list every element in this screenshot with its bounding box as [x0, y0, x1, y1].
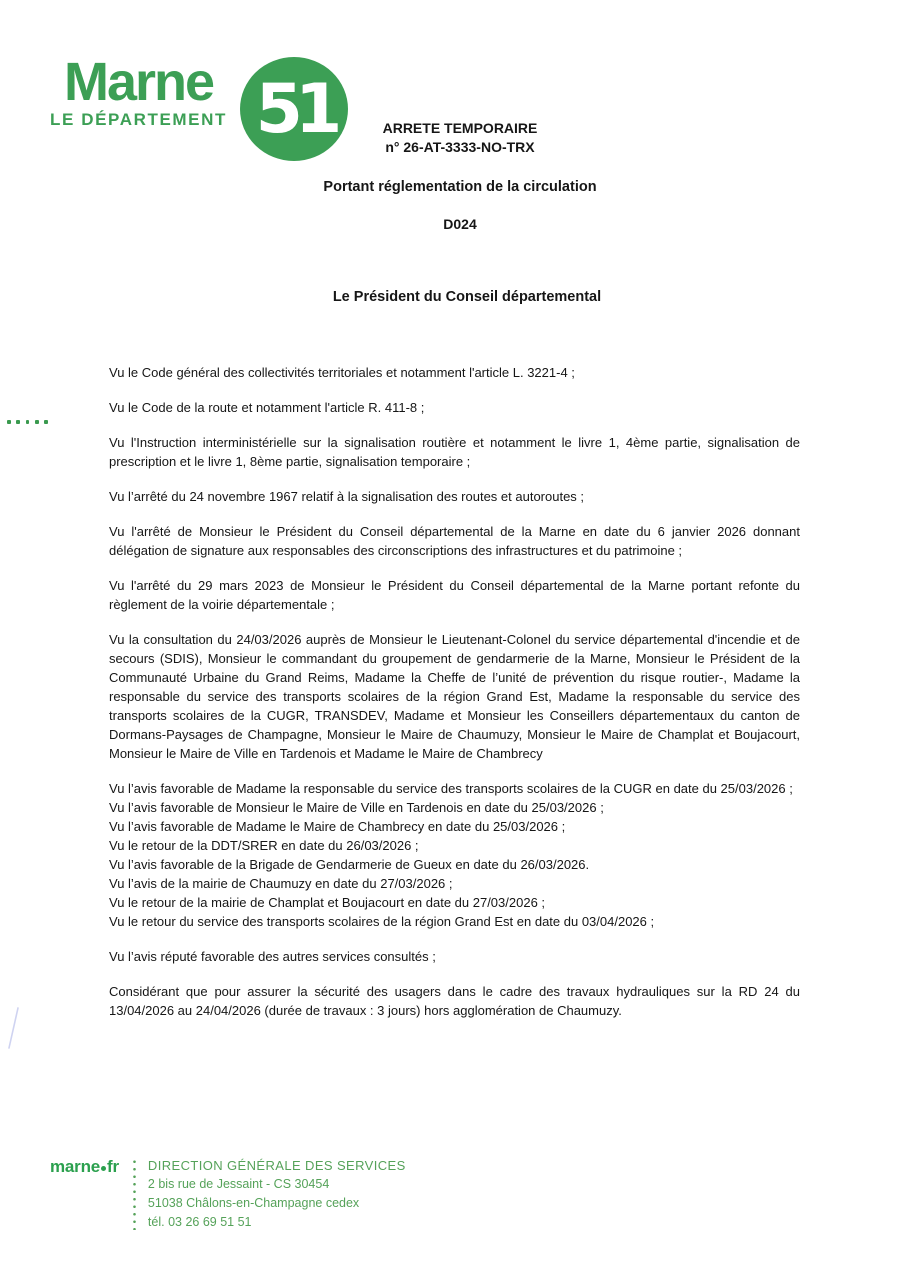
footer-address-line: tél. 03 26 69 51 51: [148, 1213, 406, 1232]
road-reference: D024: [20, 216, 900, 232]
footer-address-block: DIRECTION GÉNÉRALE DES SERVICES2 bis rue…: [148, 1156, 406, 1232]
body-paragraph: Vu l’avis favorable de Madame la respons…: [109, 779, 800, 798]
pen-mark-artifact: [4, 1004, 28, 1054]
issuing-authority: Le Président du Conseil départemental: [34, 289, 900, 305]
body-paragraph: Vu l’avis favorable de Madame le Maire d…: [109, 817, 800, 836]
footer-brand-left: marne: [50, 1157, 100, 1176]
body-paragraph: Vu l’avis favorable de Monsieur le Maire…: [109, 798, 800, 817]
document-page: Marne LE DÉPARTEMENT 51 ARRETE TEMPORAIR…: [0, 0, 900, 1273]
body-paragraph: Vu l’avis favorable de la Brigade de Gen…: [109, 855, 800, 874]
doc-number-line: n° 26-AT-3333-NO-TRX: [20, 138, 900, 157]
footer-dotted-divider: [133, 1158, 136, 1230]
body-paragraph: Vu l’arrêté du 24 novembre 1967 relatif …: [109, 487, 800, 506]
footer-address-line: 2 bis rue de Jessaint - CS 30454: [148, 1175, 406, 1194]
margin-dot: [16, 420, 20, 424]
body-paragraph: Vu le retour de la DDT/SRER en date du 2…: [109, 836, 800, 855]
body-paragraph: Vu le Code général des collectivités ter…: [109, 363, 800, 382]
body-paragraphs: Vu le Code général des collectivités ter…: [109, 363, 800, 1020]
doc-type-title: ARRETE TEMPORAIRE n° 26-AT-3333-NO-TRX: [20, 119, 900, 157]
margin-dot: [7, 420, 11, 424]
body-paragraph: Vu le Code de la route et notamment l'ar…: [109, 398, 800, 417]
body-paragraph: Vu le retour de la mairie de Champlat et…: [109, 893, 800, 912]
footer-address-line: 51038 Châlons-en-Champagne cedex: [148, 1194, 406, 1213]
margin-dots-mark: [7, 420, 48, 424]
margin-dot: [44, 420, 48, 424]
body-paragraph: Vu l'arrêté de Monsieur le Président du …: [109, 522, 800, 560]
footer: marne fr DIRECTION GÉNÉRALE DES SERVICES…: [50, 1156, 406, 1232]
footer-address-line: DIRECTION GÉNÉRALE DES SERVICES: [148, 1156, 406, 1175]
body-paragraph: Vu la consultation du 24/03/2026 auprès …: [109, 630, 800, 763]
brand-dot-icon: [101, 1166, 106, 1171]
margin-dot: [26, 420, 30, 424]
footer-brand-right: fr: [107, 1157, 119, 1176]
body-paragraph: Vu l'arrêté du 29 mars 2023 de Monsieur …: [109, 576, 800, 614]
margin-dot: [35, 420, 39, 424]
marne-fr-logo: marne fr: [50, 1157, 119, 1176]
body-paragraph: Considérant que pour assurer la sécurité…: [109, 982, 800, 1020]
body-paragraph: Vu l’avis de la mairie de Chaumuzy en da…: [109, 874, 800, 893]
doc-subject: Portant réglementation de la circulation: [20, 179, 900, 195]
logo-brand-text: Marne: [64, 56, 213, 108]
body-paragraph: Vu l’avis réputé favorable des autres se…: [109, 947, 800, 966]
doc-type-line: ARRETE TEMPORAIRE: [20, 119, 900, 138]
body-paragraph: Vu le retour du service des transports s…: [109, 912, 800, 931]
body-paragraph: Vu l'Instruction interministérielle sur …: [109, 433, 800, 471]
